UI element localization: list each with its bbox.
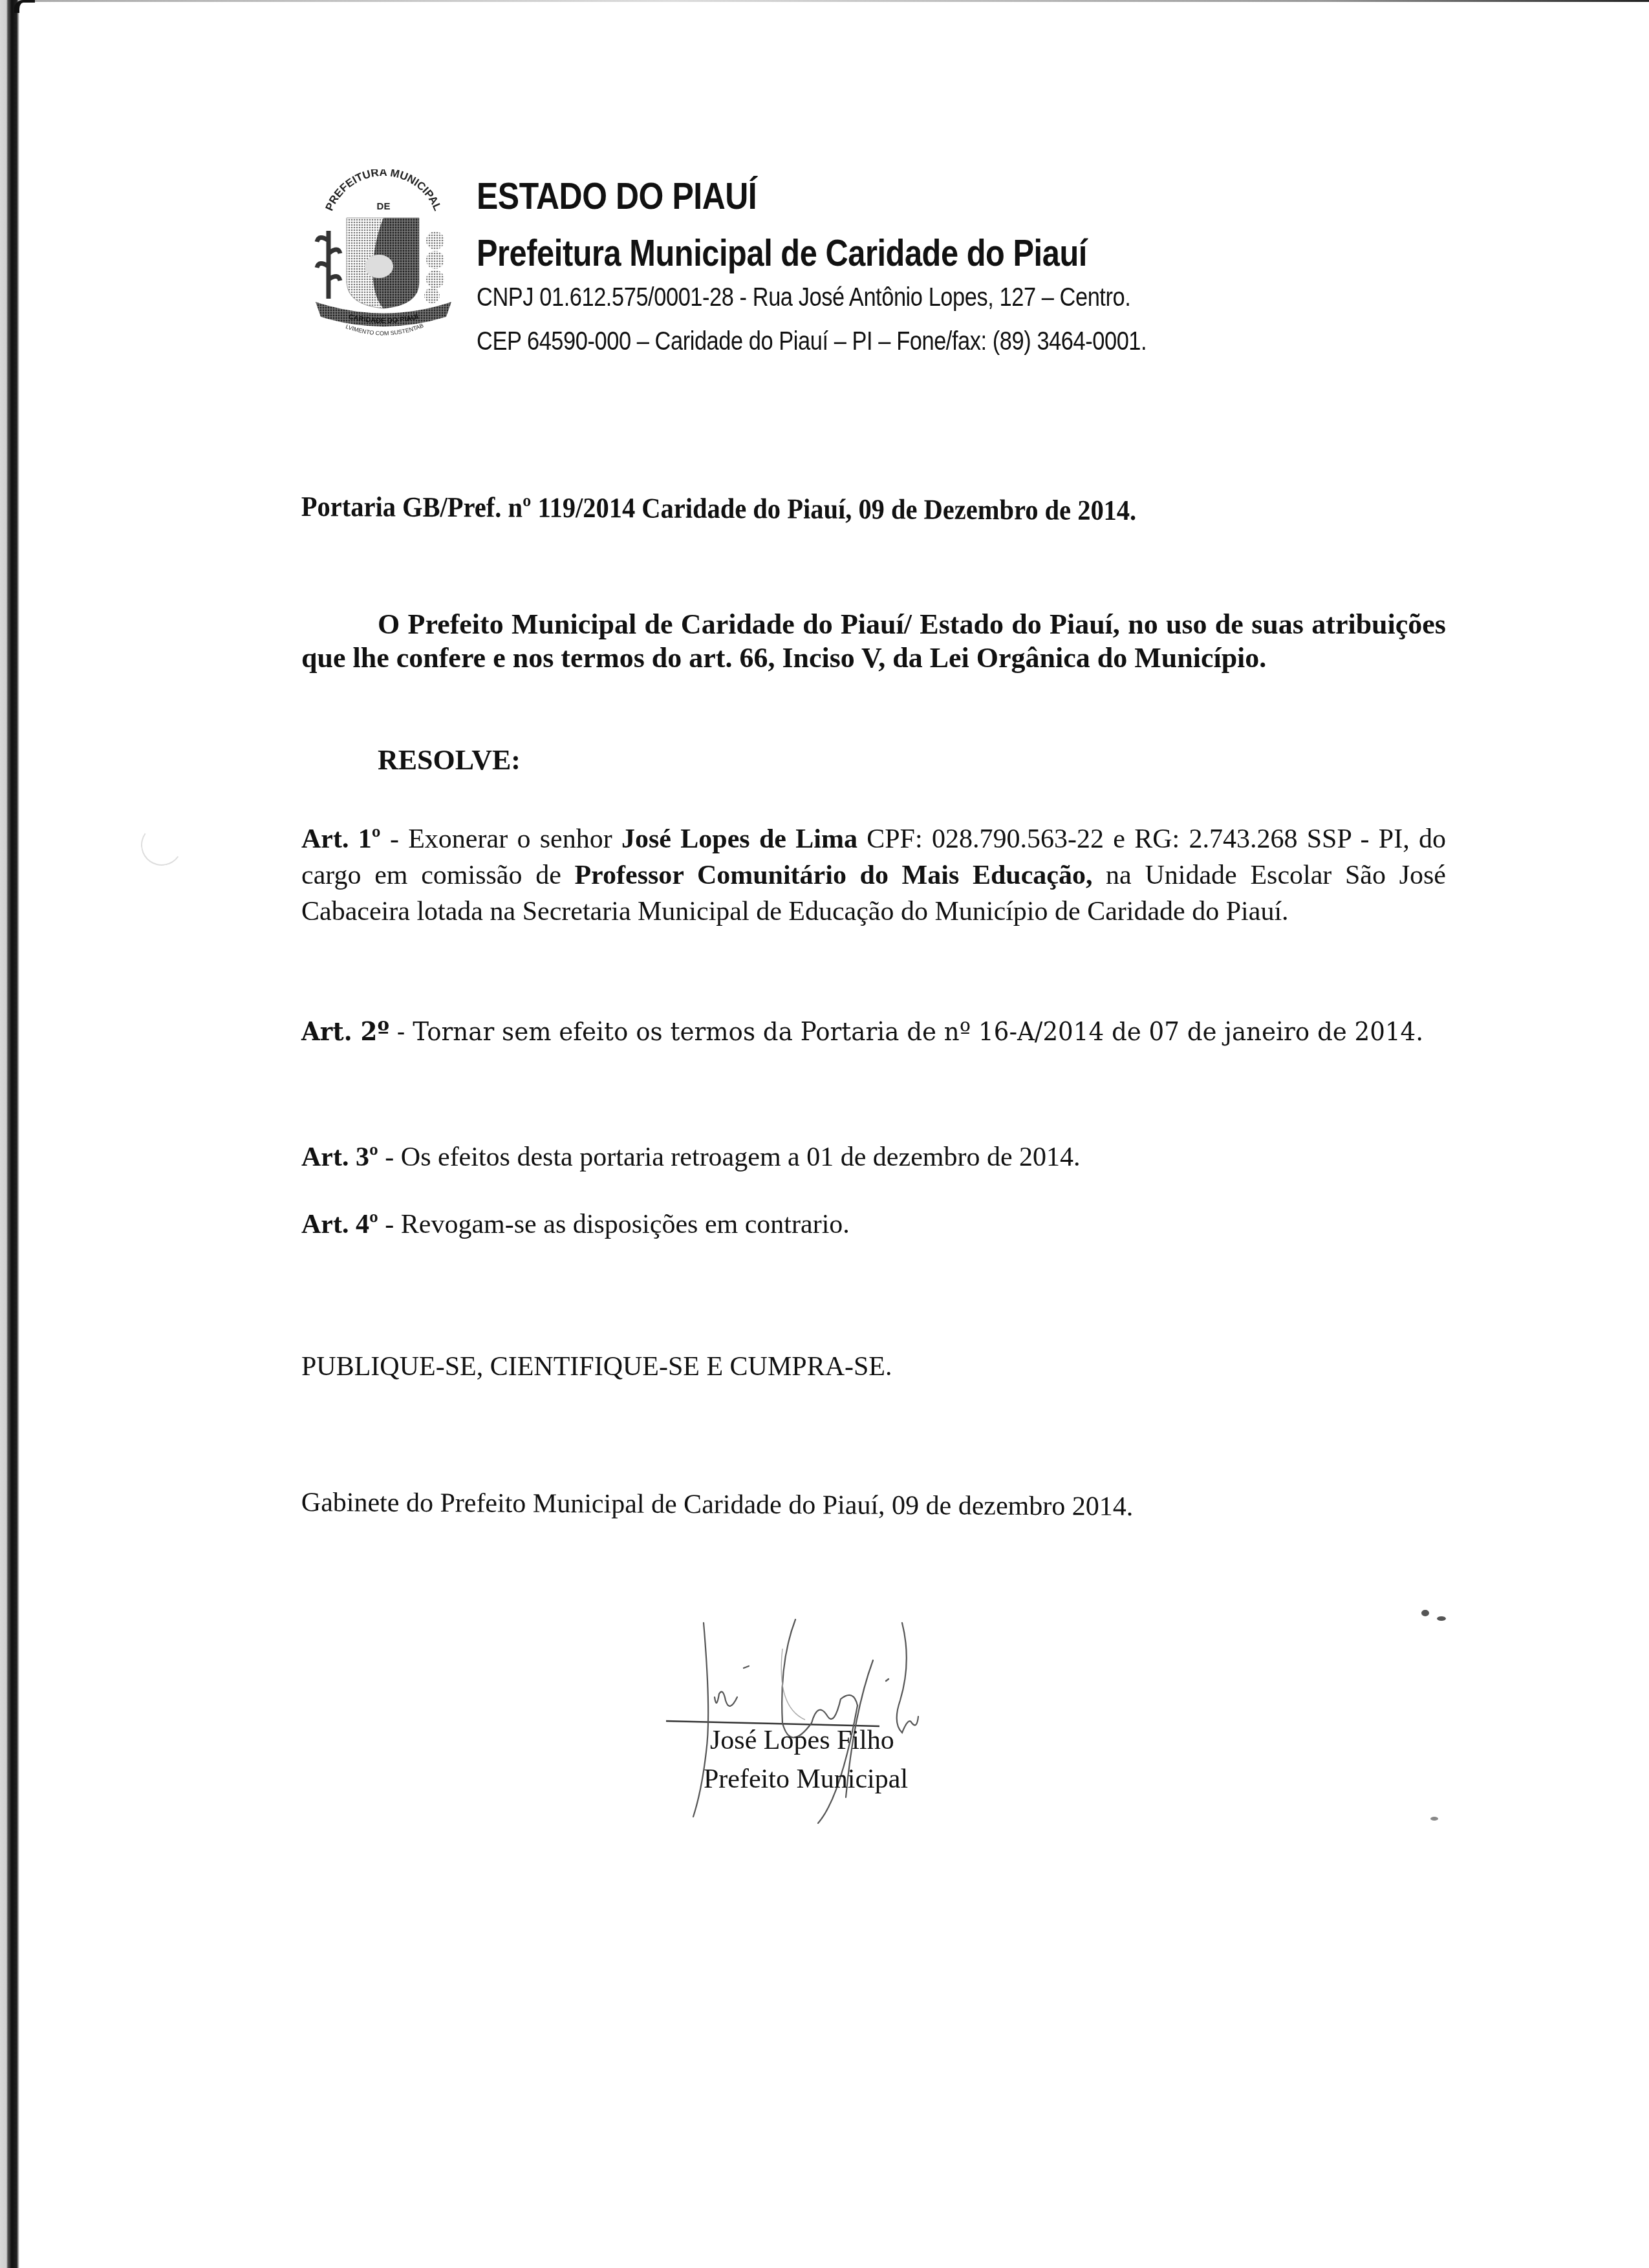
gabinete-dateline: Gabinete do Prefeito Municipal de Carida… <box>301 1487 1134 1523</box>
handwritten-signature-icon <box>647 1584 1229 1856</box>
article-label: Art. 1º <box>301 824 381 854</box>
address: - Rua José Antônio Lopes, 127 – Centro. <box>733 283 1130 312</box>
publique-statement: PUBLIQUE-SE, CIENTIFIQUE-SE E CUMPRA-SE. <box>301 1351 892 1382</box>
scan-speck <box>1430 1817 1438 1821</box>
letterhead-cnpj-address: CNPJ 01.612.575/0001-28 - Rua José Antôn… <box>477 283 1130 312</box>
portaria-heading: Portaria GB/Pref. nº 119/2014 Caridade d… <box>301 490 1137 527</box>
letterhead-municipality: Prefeitura Municipal de Caridade do Piau… <box>477 231 1087 275</box>
signatory-title: Prefeito Municipal <box>704 1764 908 1795</box>
article-3: Art. 3º - Os efeitos desta portaria retr… <box>301 1139 1446 1175</box>
article-label: Art. 3º <box>301 1142 378 1172</box>
article-2: Art. 2º - Tornar sem efeito os termos da… <box>301 1014 1444 1050</box>
scan-speck <box>1421 1610 1429 1616</box>
cnpj: CNPJ 01.612.575/0001-28 <box>477 283 733 312</box>
scan-border-corner <box>14 0 35 13</box>
letterhead-state: ESTADO DO PIAUÍ <box>477 175 757 218</box>
document-page: PREFEITURA MUNICIPAL DE CARIDADE DO PIAU… <box>0 0 1649 2268</box>
coat-of-arms-icon: PREFEITURA MUNICIPAL DE CARIDADE DO PIAU… <box>309 169 458 344</box>
scan-speck <box>1437 1616 1446 1621</box>
article-label: Art. 2º <box>301 1016 389 1047</box>
letterhead-cep-phone: CEP 64590-000 – Caridade do Piauí – PI –… <box>477 327 1147 356</box>
scan-border-top <box>19 0 1649 2</box>
position-name: Professor Comunitário do Mais Educação, <box>574 861 1092 890</box>
article-4: Art. 4º - Revogam-se as disposições em c… <box>301 1206 1446 1243</box>
svg-text:DE: DE <box>377 201 391 212</box>
person-name: José Lopes de Lima <box>621 824 857 854</box>
scan-border-left <box>0 0 19 2268</box>
signatory-name: José Lopes Filho <box>710 1725 894 1756</box>
intro-text: O Prefeito Municipal de Caridade do Piau… <box>301 608 1446 674</box>
scan-arc-mark <box>138 821 186 869</box>
article-label: Art. 4º <box>301 1210 378 1239</box>
article-1: Art. 1º - Exonerar o senhor José Lopes d… <box>301 821 1446 930</box>
intro-paragraph: O Prefeito Municipal de Caridade do Piau… <box>301 608 1446 675</box>
resolve-heading: RESOLVE: <box>378 744 521 776</box>
